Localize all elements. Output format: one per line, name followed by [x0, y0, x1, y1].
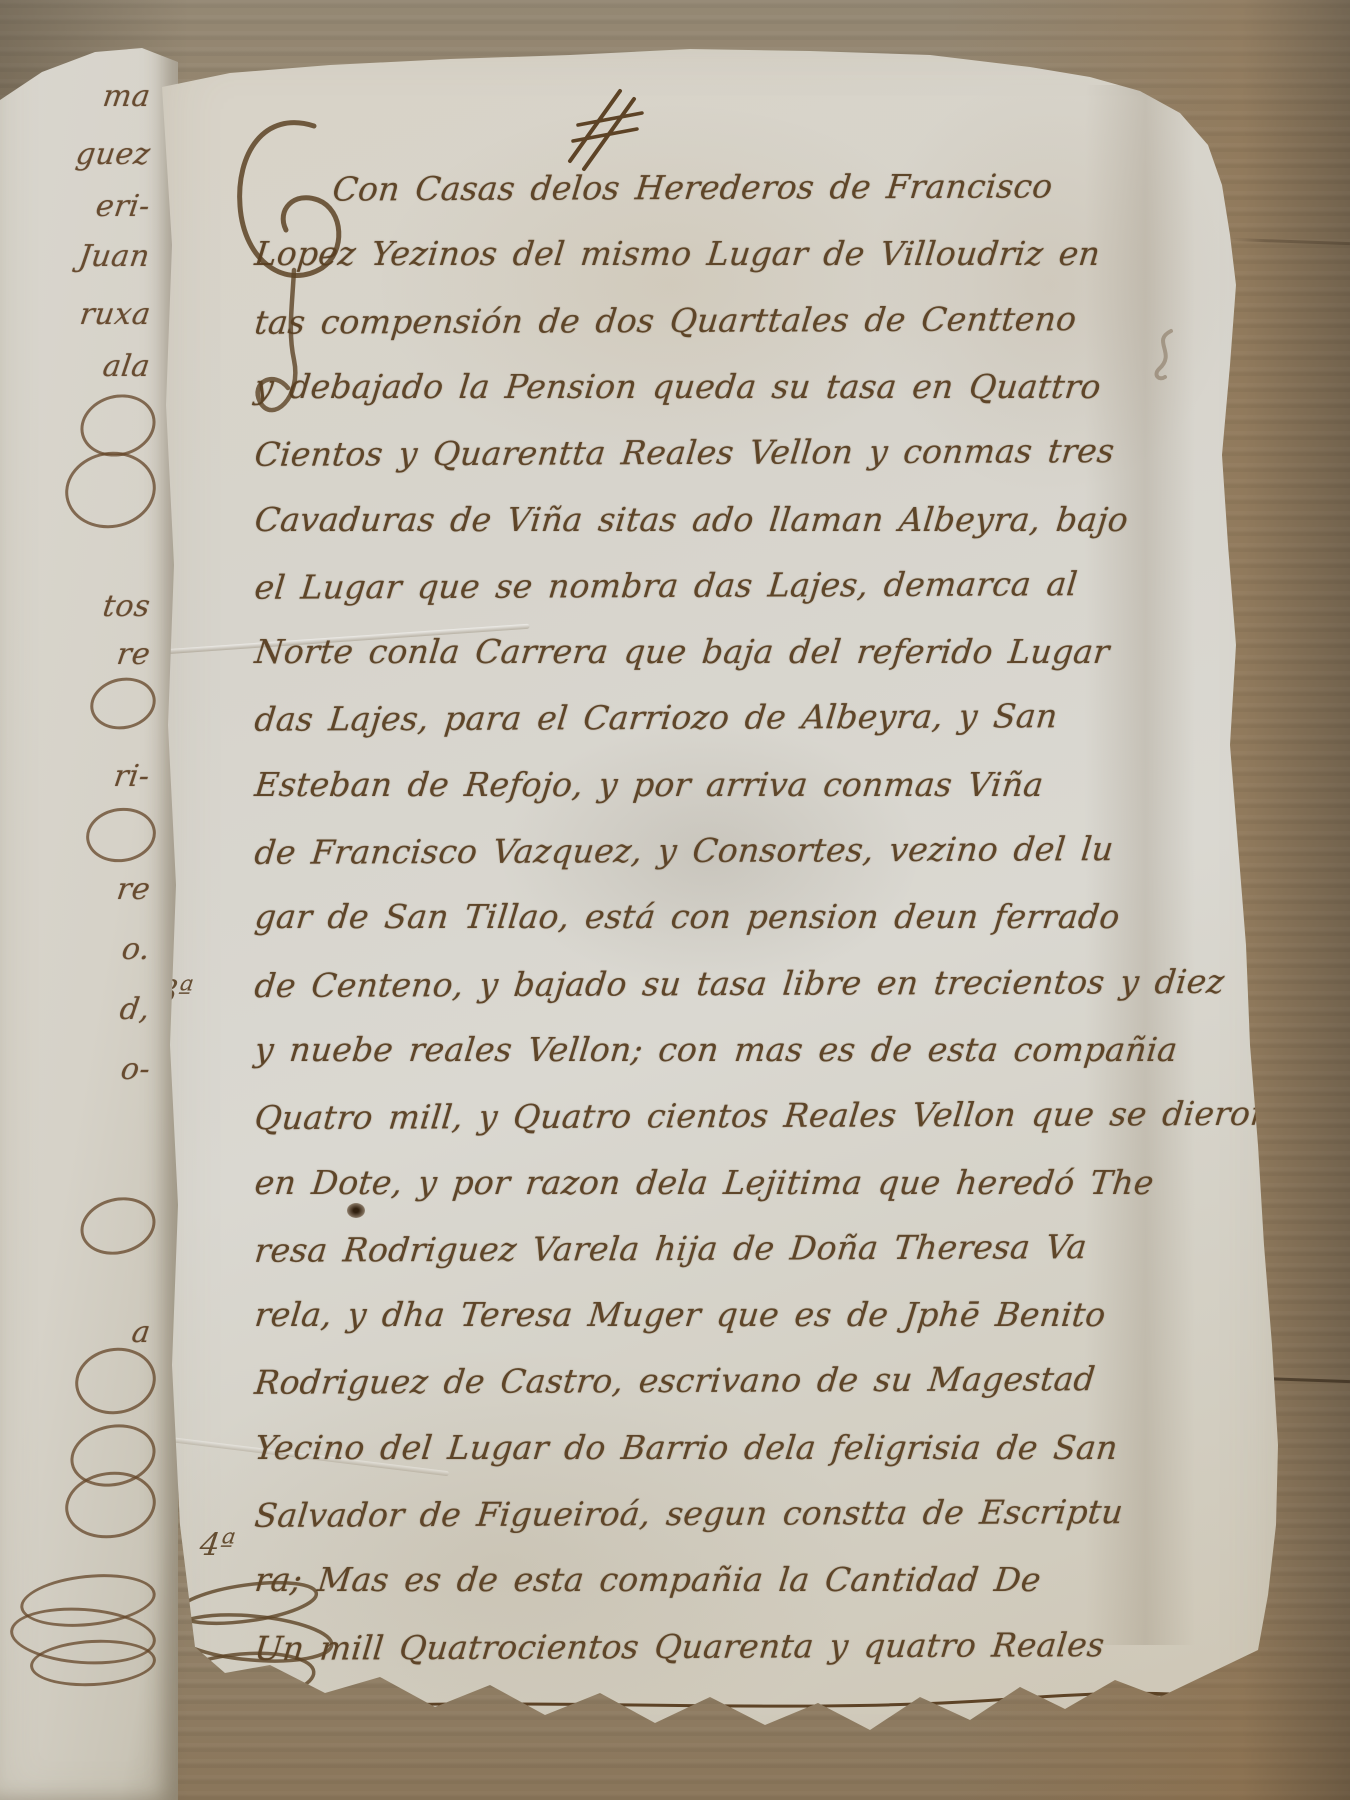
manuscript-line: de Centeno, y bajado su tasa libre en tr… [253, 964, 1226, 1001]
facing-page-fragment: Juan [77, 242, 152, 272]
manuscript-line: Cientos y Quarentta Reales Vellon y conm… [253, 434, 1116, 471]
archivist-annotation: Cuidado [371, 1715, 517, 1754]
manuscript-line: Un mill Quatrocientos Quarenta y quatro … [253, 1628, 1106, 1665]
flourish-loop [61, 1466, 160, 1544]
margin-mark-4a: 4ª [198, 1530, 237, 1561]
facing-page-fragment: ri- [112, 762, 152, 792]
facing-page-edge: maguezeri-Juanruxaalatosreri-reo.d,o-a [0, 0, 178, 1800]
flourish-loop [65, 1417, 162, 1495]
manuscript-line: y nuebe reales Vellon; con mas es de est… [253, 1033, 1179, 1066]
facing-page-fragment: o- [119, 1055, 152, 1085]
ornate-initial-C [230, 110, 350, 440]
manuscript-line: Esteban de Refojo, y por arriva conmas V… [253, 768, 1045, 801]
manuscript-line: ra; Mas es de esta compañia la Cantidad … [253, 1563, 1042, 1596]
flourish-loop [83, 803, 160, 866]
manuscript-line: rela, y dha Teresa Muger que es de Jphē … [253, 1298, 1107, 1331]
flourish-loop [73, 386, 162, 465]
paraph-mark [558, 83, 653, 173]
margin-squiggle [1145, 325, 1185, 385]
manuscript-line: Con Casas delos Herederos de Francisco [331, 169, 1054, 205]
facing-page-fragment: ruxa [77, 300, 152, 330]
paper-fold-shading [1085, 85, 1195, 1645]
facing-page-fragment: guez [74, 140, 152, 170]
manuscript-line: Lopez Yezinos del mismo Lugar de Villoud… [253, 237, 1102, 270]
flourish-loop [8, 1603, 158, 1669]
manuscript-line: el Lugar que se nombra das Lajes, demarc… [253, 567, 1079, 604]
facing-page-fragment: re [115, 875, 152, 905]
ink-blot [347, 1203, 365, 1218]
manuscript-line: Norte conla Carrera que baja del referid… [253, 635, 1111, 668]
facing-page-fragment: tos [101, 592, 152, 622]
manuscript-line: Rodriguez de Castro, escrivano de su Mag… [253, 1363, 1097, 1400]
cardboard-crease [1230, 238, 1350, 245]
rubric-flourish [162, 1563, 352, 1733]
flourish-loop [18, 1568, 159, 1633]
facing-page-fragment: a [130, 1318, 153, 1348]
flourish-loop [74, 1190, 161, 1263]
manuscript-page: Con Casas delos Herederos de FranciscoLo… [150, 25, 1290, 1785]
paper-crease [151, 1435, 449, 1477]
manuscript-line: de Francisco Vazquez, y Consortes, vezin… [253, 832, 1115, 869]
flourish-loop [59, 445, 162, 536]
manuscript-line: y debajado la Pension queda su tasa en Q… [253, 370, 1102, 403]
manuscript-line: das Lajes, para el Carriozo de Albeyra, … [253, 700, 1059, 737]
facing-page-fragment: ma [101, 82, 153, 112]
paper-crease [150, 624, 529, 655]
manuscript-line: Quatro mill, y Quatro cientos Reales Vel… [253, 1097, 1273, 1134]
manuscript-line: en Dote, y por razon dela Lejitima que h… [253, 1166, 1155, 1199]
manuscript-line: Salvador de Figueiroá, segun constta de … [253, 1495, 1125, 1532]
manuscript-line: Yecino del Lugar do Barrio dela feligris… [253, 1431, 1119, 1464]
flourish-loop [29, 1637, 157, 1690]
facing-page-fragment: ala [101, 352, 152, 382]
manuscript-line: tas compensión de dos Quarttales de Cent… [253, 302, 1078, 339]
photograph-of-manuscript: { "colors":{"paper":"#d6d2c8","cardboard… [0, 0, 1350, 1800]
facing-page-fragment: o. [120, 935, 152, 965]
manuscript-line: resa Rodriguez Varela hija de Doña There… [253, 1230, 1088, 1267]
manuscript-line: gar de San Tillao, está con pension deun… [253, 900, 1121, 933]
facing-page-fragment: d, [118, 995, 152, 1025]
flourish-loop [85, 672, 160, 736]
manuscript-line: Cavaduras de Viña sitas ado llaman Albey… [253, 503, 1129, 536]
facing-page-fragment: eri- [94, 192, 152, 222]
facing-page-fragment: re [115, 640, 152, 670]
closing-flourish-line [250, 1671, 1260, 1741]
flourish-loop [70, 1341, 161, 1420]
